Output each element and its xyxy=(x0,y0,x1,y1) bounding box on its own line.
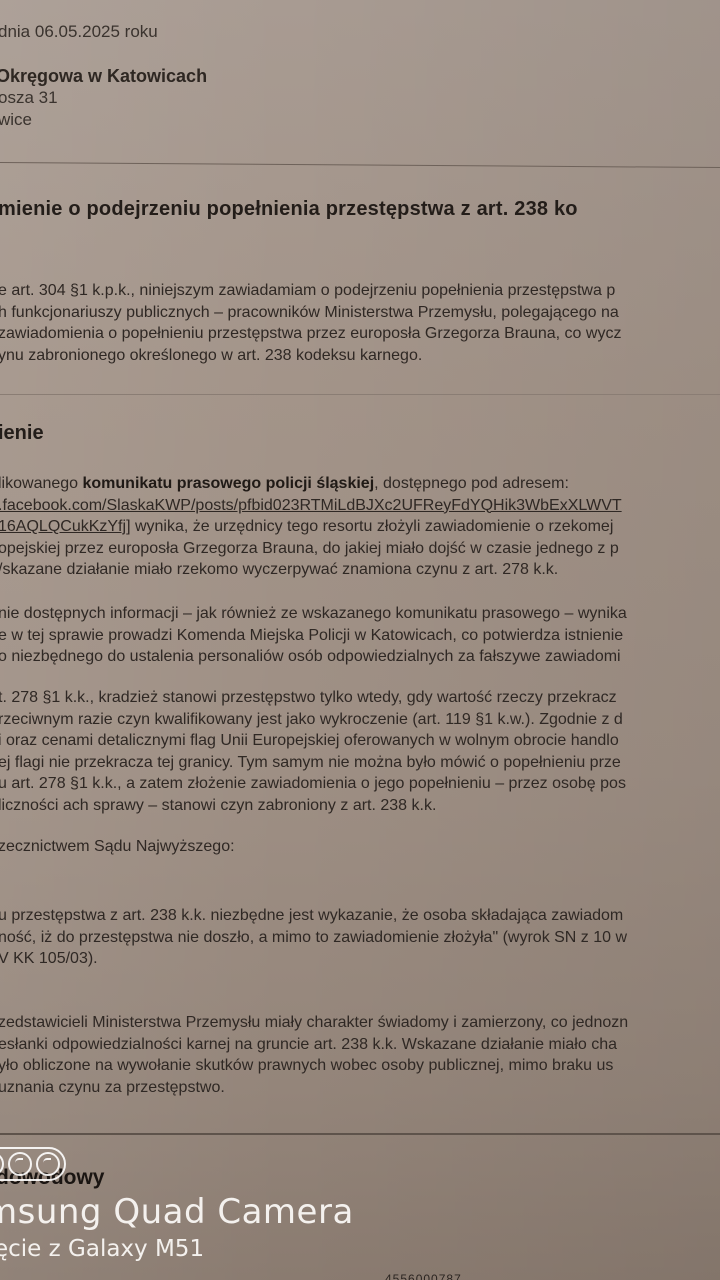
document-date: dnia 06.05.2025 roku xyxy=(0,22,158,42)
paragraph-line: liczności ach sprawy – stanowi czyn zabr… xyxy=(0,795,626,817)
intro-line: zawiadomienia o popełnieniu przestępstwa… xyxy=(0,323,621,345)
quad-camera-lens-icon xyxy=(0,1147,66,1181)
paragraph-line: opejskiej przez europosła Grzegorza Brau… xyxy=(0,538,622,560)
footer-number: ...4556000787 xyxy=(372,1272,462,1280)
paragraph-line: u przestępstwa z art. 238 k.k. niezbędne… xyxy=(0,905,627,927)
paragraph-line: ej flagi nie przekracza tej granicy. Tym… xyxy=(0,752,626,774)
section-heading: ienie xyxy=(0,422,44,445)
paragraph-line: /skazane działanie miało rzekomo wyczerp… xyxy=(0,559,622,581)
intro-line: h funkcjonariuszy publicznych – pracowni… xyxy=(0,302,621,324)
paragraph-line: 16AQLQCukKzYfj] wynika, że urzędnicy teg… xyxy=(0,516,622,538)
camera-watermark-title: msung Quad Camera xyxy=(0,1192,354,1232)
recipient-city: wice xyxy=(0,110,32,130)
divider-middle xyxy=(0,394,720,395)
paragraph-line: u art. 278 §1 k.k., a zatem złożenie zaw… xyxy=(0,773,626,795)
paragraph-line: o niezbędnego do ustalenia personaliów o… xyxy=(0,646,627,668)
text-fragment: ] wynika, że urzędnicy tego resortu złoż… xyxy=(126,518,613,535)
paragraph-line: V KK 105/03). xyxy=(0,948,627,970)
recipient-street: osza 31 xyxy=(0,88,58,108)
bold-press-release: komunikatu prasowego policji śląskiej xyxy=(83,475,375,492)
paragraph-line: .facebook.com/SlaskaKWP/posts/pfbid023RT… xyxy=(0,495,622,517)
divider-top xyxy=(0,162,720,168)
paragraph-line: rzeciwnym razie czyn kwalifikowany jest … xyxy=(0,709,626,731)
paragraph-line: i oraz cenami detalicznymi flag Unii Eur… xyxy=(0,730,626,752)
camera-lens-icon xyxy=(8,1152,32,1176)
text-fragment: , dostępnego pod adresem: xyxy=(374,475,569,492)
document-title: mienie o podejrzeniu popełnienia przestę… xyxy=(0,198,578,221)
paragraph-legal-analysis: t. 278 §1 k.k., kradzież stanowi przestę… xyxy=(0,687,626,816)
camera-lens-icon xyxy=(36,1152,60,1176)
paragraph-investigation: nie dostępnych informacji – jak również … xyxy=(0,603,627,668)
paragraph-line: uznania czynu za przestępstwo. xyxy=(0,1077,628,1099)
text-fragment: likowanego xyxy=(0,475,83,492)
recipient-name: Okręgowa w Katowicach xyxy=(0,66,207,87)
paragraph-line: yło obliczone na wywołanie skutków prawn… xyxy=(0,1055,628,1077)
divider-bottom xyxy=(0,1133,720,1135)
camera-watermark-subtitle: ęcie z Galaxy M51 xyxy=(0,1236,204,1262)
paragraph-line: zecznictwem Sądu Najwyższego: xyxy=(0,836,235,858)
paragraph-line: ność, iż do przestępstwa nie doszło, a m… xyxy=(0,927,627,949)
paragraph-case-law-intro: zecznictwem Sądu Najwyższego: xyxy=(0,836,235,858)
paragraph-line: zedstawicieli Ministerstwa Przemysłu mia… xyxy=(0,1012,628,1034)
facebook-link-continued[interactable]: 16AQLQCukKzYfj xyxy=(0,518,126,535)
facebook-link[interactable]: .facebook.com/SlaskaKWP/posts/pfbid023RT… xyxy=(0,497,622,514)
paragraph-press-release: likowanego komunikatu prasowego policji … xyxy=(0,473,622,581)
intro-line: e art. 304 §1 k.p.k., niniejszym zawiada… xyxy=(0,280,621,302)
paragraph-conclusion: zedstawicieli Ministerstwa Przemysłu mia… xyxy=(0,1012,628,1098)
paragraph-line: esłanki odpowiedzialności karnej na grun… xyxy=(0,1034,628,1056)
paragraph-line: nie dostępnych informacji – jak również … xyxy=(0,603,627,625)
paragraph-court-quote: u przestępstwa z art. 238 k.k. niezbędne… xyxy=(0,905,627,970)
camera-lens-icon xyxy=(0,1152,4,1176)
intro-paragraph: e art. 304 §1 k.p.k., niniejszym zawiada… xyxy=(0,280,621,366)
paragraph-line: likowanego komunikatu prasowego policji … xyxy=(0,473,622,495)
intro-line: ynu zabronionego określonego w art. 238 … xyxy=(0,345,621,367)
paragraph-line: t. 278 §1 k.k., kradzież stanowi przestę… xyxy=(0,687,626,709)
paragraph-line: e w tej sprawie prowadzi Komenda Miejska… xyxy=(0,625,627,647)
